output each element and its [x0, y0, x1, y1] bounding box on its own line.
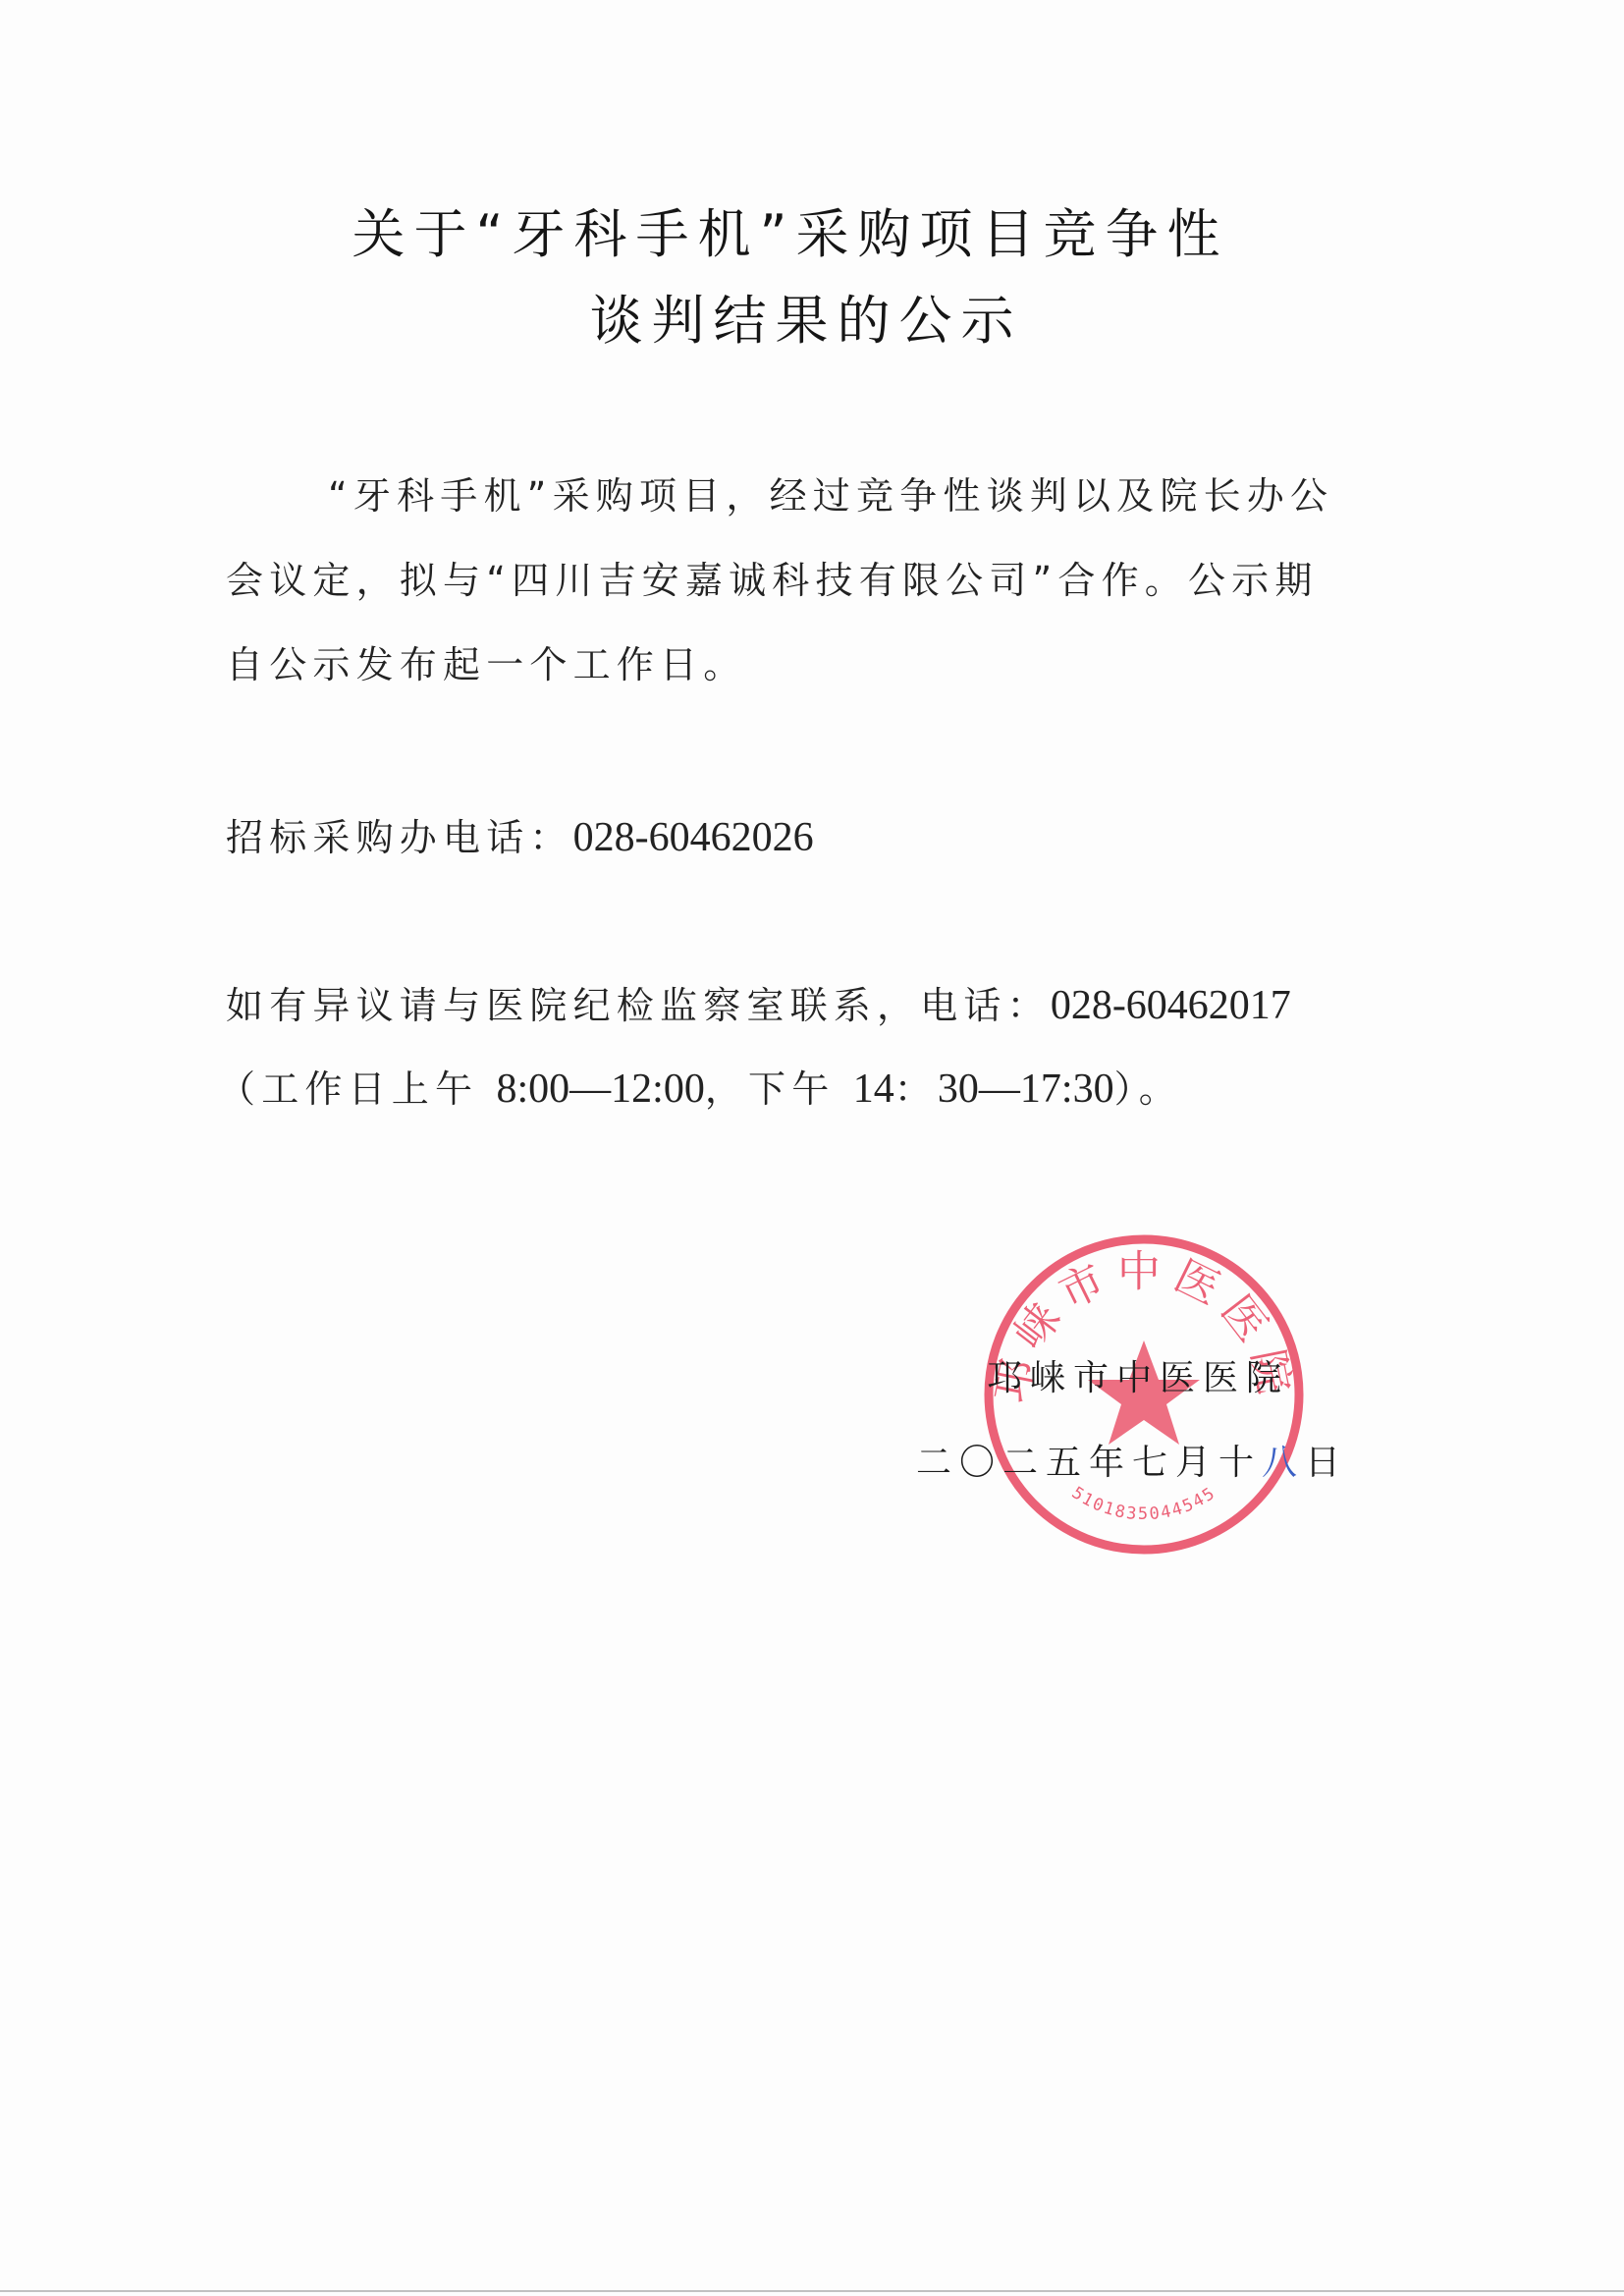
body-paragraph-line3: 自公示发布起一个工作日。: [226, 646, 746, 683]
scan-edge-line: [0, 2290, 1624, 2292]
body-paragraph-line2: 会议定，拟与“四川吉安嘉诚科技有限公司”合作。公示期: [226, 562, 1319, 599]
objection-label: 如有异议请与医院纪检监察室联系，电话：: [226, 984, 1051, 1027]
procurement-contact: 招标采购办电话：028-60462026: [226, 817, 814, 858]
hours-afternoon-start-hour: 14: [853, 1066, 894, 1112]
hours-morning: 8:00—12:00: [496, 1066, 704, 1112]
seal-code: 5101835044545: [1068, 1483, 1220, 1524]
objection-phone: 028-60462017: [1051, 983, 1291, 1028]
hours-suffix: ）。: [1114, 1067, 1182, 1111]
hours-mid: ，下午: [705, 1067, 853, 1111]
signature-organization: 邛崃市中医医院: [987, 1361, 1289, 1396]
hours-afternoon-range: 30—17:30: [938, 1066, 1114, 1112]
procurement-phone: 028-60462026: [573, 815, 814, 860]
document-title-line2: 谈判结果的公示: [0, 295, 1618, 348]
date-suffix: 日: [1305, 1443, 1348, 1483]
document-page: 关于“牙科手机”采购项目竞争性 谈判结果的公示 “牙科手机”采购项目，经过竞争性…: [0, 0, 1624, 2296]
body-paragraph-line1: “牙科手机”采购项目，经过竞争性谈判以及院长办公: [328, 477, 1333, 515]
hours-prefix: （工作日上午: [218, 1067, 496, 1111]
office-hours: （工作日上午 8:00—12:00，下午 14：30—17:30）。: [218, 1068, 1182, 1110]
objection-contact: 如有异议请与医院纪检监察室联系，电话：028-60462017: [226, 985, 1291, 1026]
document-title-line1: 关于“牙科手机”采购项目竞争性: [0, 208, 1602, 261]
hours-colon: ：: [894, 1067, 938, 1111]
date-main: 二〇二五年七月十: [916, 1443, 1262, 1483]
date-day-digit: 八: [1262, 1443, 1305, 1483]
signature-date: 二〇二五年七月十八日: [916, 1446, 1348, 1481]
procurement-label: 招标采购办电话：: [226, 816, 573, 859]
